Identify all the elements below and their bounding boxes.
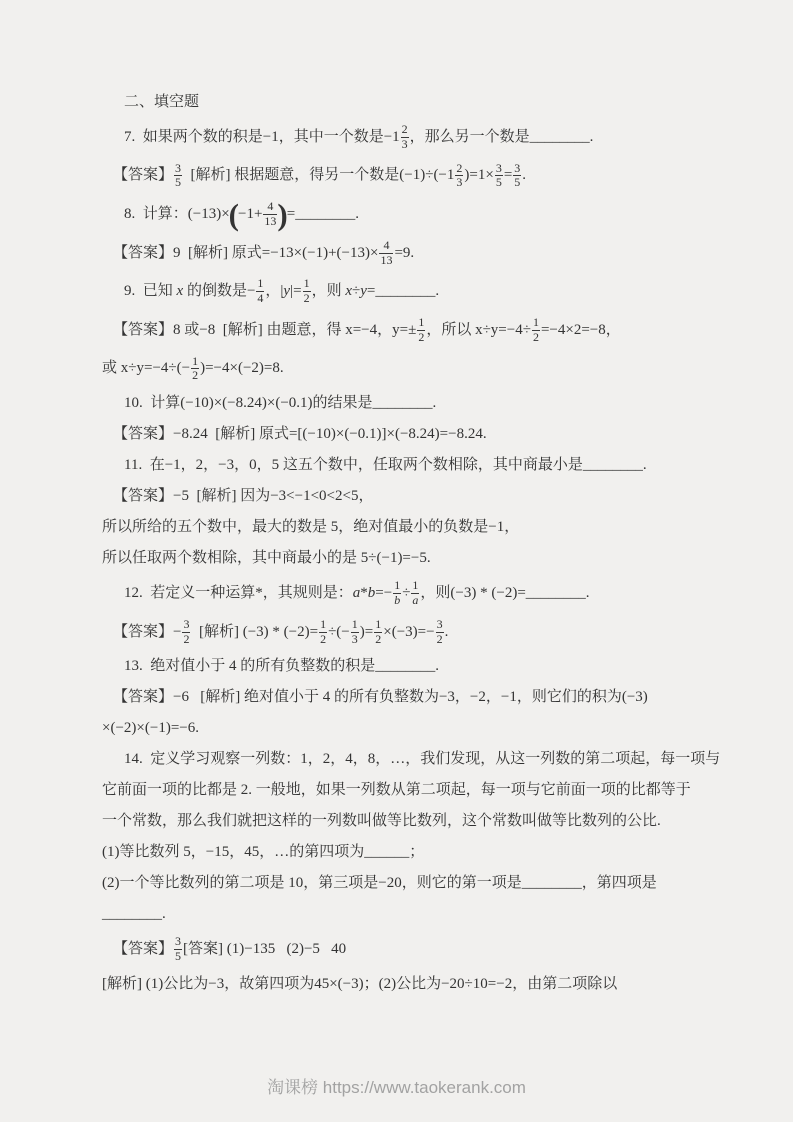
- text-run: [解析] 根据题意，得另一个数是(−1)÷(−1: [183, 165, 454, 186]
- text-run: )=1×: [464, 165, 493, 186]
- fraction: 23: [455, 162, 463, 191]
- question-14-line2: 它前面一项的比都是 2. 一般地，如果一列数从第二项起，每一项与它前面一项的比都…: [100, 780, 760, 801]
- text-run: 【答案】: [113, 939, 173, 960]
- answer-10: 【答案】−8.24 [解析] 原式=[(−10)×(−0.1)]×(−8.24)…: [100, 424, 760, 445]
- answer-9-line1: 【答案】8 或−8 [解析] 由题意，得 x=−4，y=±12，所以 x÷y=−…: [100, 316, 760, 345]
- text-run: b: [368, 583, 376, 604]
- footer-credit: 淘课榜 https://www.taokerank.com: [0, 1073, 793, 1098]
- fraction: 1a: [411, 579, 419, 608]
- fraction: 12: [532, 316, 540, 345]
- answer-12: 【答案】−32 [解析] (−3) * (−2)=12÷(−13)=12×(−3…: [100, 618, 760, 647]
- fraction: 12: [417, 316, 425, 345]
- text-run: [解析] (1)公比为−3，故第四项为45×(−3)；(2)公比为−20÷10=…: [102, 974, 617, 995]
- answer-8: 【答案】9 [解析] 原式=−13×(−1)+(−13)×413=9.: [100, 239, 760, 268]
- fraction: 413: [379, 239, 393, 268]
- text-run: 一个常数，那么我们就把这样的一列数叫做等比数列，这个常数叫做等比数列的公比.: [102, 811, 661, 832]
- text-run: ，则(−3) * (−2)=________.: [420, 583, 589, 604]
- text-run: 所以任取两个数相除，其中商最小的是 5÷(−1)=−5.: [102, 548, 431, 569]
- answer-13-line2: ×(−2)×(−1)=−6.: [100, 718, 760, 739]
- text-run: 【答案】9 [解析] 原式=−13×(−1)+(−13)×: [113, 243, 378, 264]
- fraction: 35: [174, 935, 182, 964]
- fraction: 14: [256, 277, 264, 306]
- text-run: 二、填空题: [124, 92, 199, 113]
- text-run: .: [445, 622, 449, 643]
- text-run: ÷(−: [328, 622, 350, 643]
- text-run: 【答案】−: [113, 622, 181, 643]
- text-run: ÷: [402, 583, 410, 604]
- text-run: ________.: [102, 904, 166, 925]
- text-run: 14. 定义学习观察一列数：1，2，4，8，…，我们发现，从这一列数的第二项起，…: [124, 749, 720, 770]
- text-run: 【答案】−6 [解析] 绝对值小于 4 的所有负整数为−3，−2，−1，则它们的…: [113, 687, 648, 708]
- fraction: 1b: [393, 579, 401, 608]
- fraction: 32: [182, 618, 190, 647]
- answer-13-line1: 【答案】−6 [解析] 绝对值小于 4 的所有负整数为−3，−2，−1，则它们的…: [100, 687, 760, 708]
- text-run: ，所以 x÷y=−4÷: [426, 320, 531, 341]
- text-run: 9. 已知: [124, 281, 177, 302]
- text-run: 13. 绝对值小于 4 的所有负整数的积是________.: [124, 656, 439, 677]
- text-run: 【答案】: [113, 165, 173, 186]
- answer-7: 【答案】35 [解析] 根据题意，得另一个数是(−1)÷(−123)=1×35=…: [100, 162, 760, 191]
- question-11: 11. 在−1，2，−3，0，5 这五个数中，任取两个数相除，其中商最小是___…: [100, 455, 760, 476]
- text-run: ×(−2)×(−1)=−6.: [102, 718, 199, 739]
- text-run: x: [177, 281, 184, 302]
- text-run: [答案] (1)−135 (2)−5 40: [183, 939, 346, 960]
- answer-9-line2: 或 x÷y=−4÷(−12)=−4×(−2)=8.: [100, 355, 760, 384]
- analysis-14: [解析] (1)公比为−3，故第四项为45×(−3)；(2)公比为−20÷10=…: [100, 974, 760, 995]
- question-13: 13. 绝对值小于 4 的所有负整数的积是________.: [100, 656, 760, 677]
- question-7: 7. 如果两个数的积是−1，其中一个数是−123，那么另一个数是________…: [100, 123, 760, 152]
- question-14-line3: 一个常数，那么我们就把这样的一列数叫做等比数列，这个常数叫做等比数列的公比.: [100, 811, 760, 832]
- text-run: 【答案】−8.24 [解析] 原式=[(−10)×(−0.1)]×(−8.24)…: [113, 424, 487, 445]
- question-12: 12. 若定义一种运算*，其规则是：a*b=−1b÷1a，则(−3) * (−2…: [100, 579, 760, 608]
- answer-11-line2: 所以所给的五个数中，最大的数是 5，绝对值最小的负数是−1，: [100, 517, 760, 538]
- question-8: 8. 计算：(−13)×(−1+413)=________.: [100, 200, 760, 229]
- text-run: 的倒数是−: [183, 281, 255, 302]
- text-run: 所以所给的五个数中，最大的数是 5，绝对值最小的负数是−1，: [102, 517, 519, 538]
- text-run: (1)等比数列 5，−15，45，…的第四项为______；: [102, 842, 424, 863]
- question-14-line1: 14. 定义学习观察一列数：1，2，4，8，…，我们发现，从这一列数的第二项起，…: [100, 749, 760, 770]
- text-run: 11. 在−1，2，−3，0，5 这五个数中，任取两个数相除，其中商最小是___…: [124, 455, 647, 476]
- fraction: 35: [513, 162, 521, 191]
- fraction: 35: [495, 162, 503, 191]
- fraction: 12: [303, 277, 311, 306]
- text-run: 【答案】−5 [解析] 因为−3<−1<0<2<5，: [113, 486, 373, 507]
- text-run: )=−4×(−2)=8.: [200, 358, 284, 379]
- text-run: =________.: [367, 281, 439, 302]
- text-run: ，|: [265, 281, 283, 302]
- fraction: 13: [351, 618, 359, 647]
- text-run: ，那么另一个数是________.: [410, 127, 594, 148]
- text-run: =−: [375, 583, 392, 604]
- text-run: [解析] (−3) * (−2)=: [191, 622, 318, 643]
- text-run: ×(−3)=−: [383, 622, 434, 643]
- text-run: =−4×2=−8，: [541, 320, 621, 341]
- fraction: 35: [174, 162, 182, 191]
- text-run: *: [360, 583, 368, 604]
- document-body: 二、填空题7. 如果两个数的积是−1，其中一个数是−123，那么另一个数是___…: [100, 92, 760, 1005]
- text-run: )=: [360, 622, 373, 643]
- text-run: −1+: [238, 204, 262, 225]
- text-run: ，则: [312, 281, 346, 302]
- text-run: (2)一个等比数列的第二项是 10，第三项是−20，则它的第一项是_______…: [102, 873, 657, 894]
- text-run: y: [360, 281, 367, 302]
- answer-14: 【答案】35[答案] (1)−135 (2)−5 40: [100, 935, 760, 964]
- text-run: 10. 计算(−10)×(−8.24)×(−0.1)的结果是________.: [124, 393, 436, 414]
- question-10: 10. 计算(−10)×(−8.24)×(−0.1)的结果是________.: [100, 393, 760, 414]
- fraction: 12: [374, 618, 382, 647]
- text-run: a: [353, 583, 361, 604]
- text-run: 它前面一项的比都是 2. 一般地，如果一列数从第二项起，每一项与它前面一项的比都…: [102, 780, 691, 801]
- text-run: 【答案】8 或−8 [解析] 由题意，得 x=−4，y=±: [113, 320, 416, 341]
- question-14-sub1: (1)等比数列 5，−15，45，…的第四项为______；: [100, 842, 760, 863]
- question-9: 9. 已知 x 的倒数是−14，|y|=12，则 x÷y=________.: [100, 277, 760, 306]
- fraction: 12: [319, 618, 327, 647]
- fraction: 23: [401, 123, 409, 152]
- answer-11-line1: 【答案】−5 [解析] 因为−3<−1<0<2<5，: [100, 486, 760, 507]
- fraction: 413: [263, 200, 277, 229]
- text-run: .: [522, 165, 526, 186]
- text-run: x: [345, 281, 352, 302]
- text-run: y: [283, 281, 290, 302]
- text-run: 8. 计算：(−13)×: [124, 204, 230, 225]
- text-run: =9.: [394, 243, 414, 264]
- question-14-sub2-blank: ________.: [100, 904, 760, 925]
- text-run: 7. 如果两个数的积是−1，其中一个数是−1: [124, 127, 400, 148]
- text-run: |=: [290, 281, 301, 302]
- page: { "page": { "background_color": "#f1f0ee…: [0, 0, 793, 1122]
- text-run: =: [504, 165, 512, 186]
- text-run: 或 x÷y=−4÷(−: [102, 358, 190, 379]
- text-run: =________.: [287, 204, 359, 225]
- fraction: 32: [436, 618, 444, 647]
- question-14-sub2: (2)一个等比数列的第二项是 10，第三项是−20，则它的第一项是_______…: [100, 873, 760, 894]
- text-run: ÷: [352, 281, 360, 302]
- section-title: 二、填空题: [100, 92, 760, 113]
- fraction: 12: [191, 355, 199, 384]
- text-run: 12. 若定义一种运算*，其规则是：: [124, 583, 353, 604]
- answer-11-line3: 所以任取两个数相除，其中商最小的是 5÷(−1)=−5.: [100, 548, 760, 569]
